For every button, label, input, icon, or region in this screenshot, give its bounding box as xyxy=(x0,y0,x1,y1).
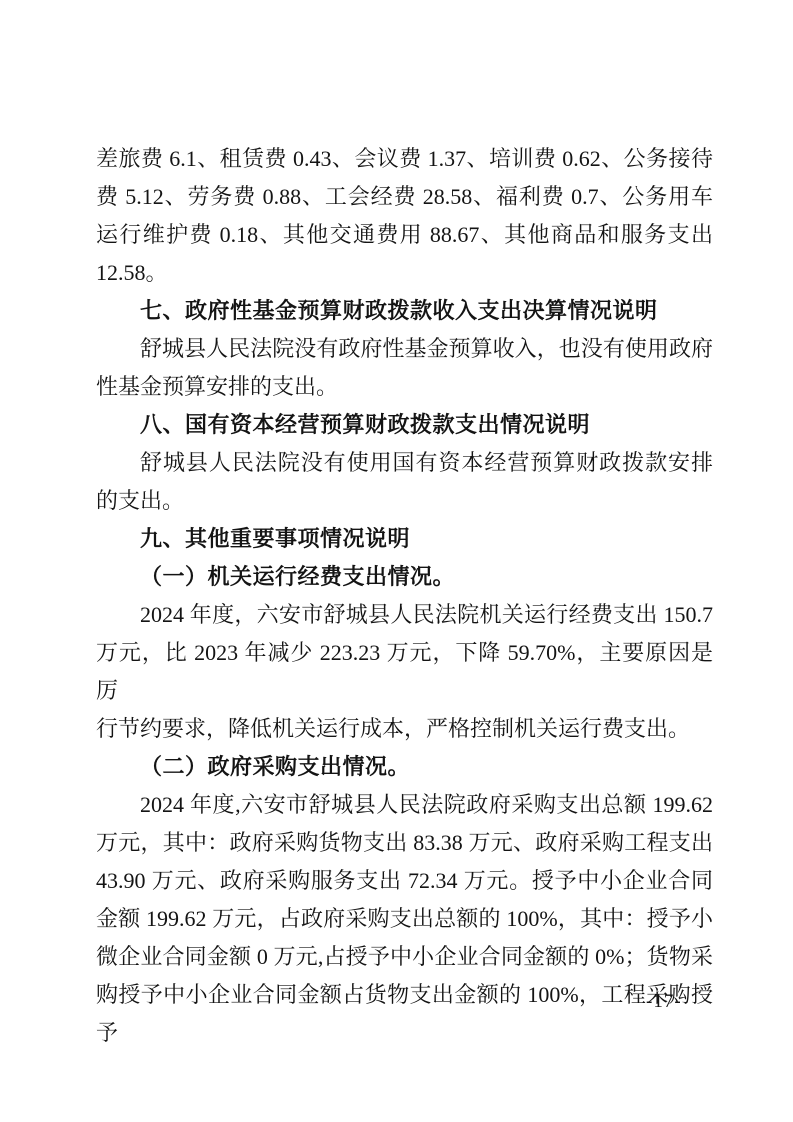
para-section-7-line-2: 性基金预算安排的支出。 xyxy=(96,368,713,406)
para-section-9-sub-2-line-6: 购授予中小企业合同金额占货物支出金额的 100%，工程采购授予 xyxy=(96,976,713,1052)
para-section-9-sub-2-line-4: 金额 199.62 万元，占政府采购支出总额的 100%，其中：授予小 xyxy=(96,900,713,938)
para-section-9-sub-1-line-3: 行节约要求，降低机关运行成本，严格控制机关运行费支出。 xyxy=(96,710,713,748)
para-expense-detail-continued-line-4: 12.58。 xyxy=(96,254,713,292)
page-number: -17- xyxy=(646,990,706,1014)
para-section-9-sub-2-line-2: 万元，其中：政府采购货物支出 83.38 万元、政府采购工程支出 xyxy=(96,824,713,862)
heading-section-7: 七、政府性基金预算财政拨款收入支出决算情况说明 xyxy=(96,292,713,330)
heading-section-9-sub-2: （二）政府采购支出情况。 xyxy=(96,748,713,786)
para-section-8-line-2: 的支出。 xyxy=(96,482,713,520)
para-expense-detail-continued-line-1: 差旅费 6.1、租赁费 0.43、会议费 1.37、培训费 0.62、公务接待 xyxy=(96,140,713,178)
para-section-9-sub-2-line-1: 2024 年度,六安市舒城县人民法院政府采购支出总额 199.62 xyxy=(96,786,713,824)
text-body: 差旅费 6.1、租赁费 0.43、会议费 1.37、培训费 0.62、公务接待费… xyxy=(96,140,713,1052)
para-section-7-line-1: 舒城县人民法院没有政府性基金预算收入，也没有使用政府 xyxy=(96,330,713,368)
para-section-9-sub-1-line-2: 万元，比 2023 年减少 223.23 万元，下降 59.70%，主要原因是厉 xyxy=(96,634,713,710)
para-expense-detail-continued-line-2: 费 5.12、劳务费 0.88、工会经费 28.58、福利费 0.7、公务用车 xyxy=(96,178,713,216)
para-expense-detail-continued-line-3: 运行维护费 0.18、其他交通费用 88.67、其他商品和服务支出 xyxy=(96,216,713,254)
heading-section-9-sub-1: （一）机关运行经费支出情况。 xyxy=(96,558,713,596)
para-section-9-sub-2-line-5: 微企业合同金额 0 万元,占授予中小企业合同金额的 0%；货物采 xyxy=(96,938,713,976)
para-section-9-sub-1-line-1: 2024 年度，六安市舒城县人民法院机关运行经费支出 150.7 xyxy=(96,596,713,634)
para-section-9-sub-2-line-3: 43.90 万元、政府采购服务支出 72.34 万元。授予中小企业合同 xyxy=(96,862,713,900)
heading-section-9: 九、其他重要事项情况说明 xyxy=(96,520,713,558)
document-page: 差旅费 6.1、租赁费 0.43、会议费 1.37、培训费 0.62、公务接待费… xyxy=(0,0,793,1122)
para-section-8-line-1: 舒城县人民法院没有使用国有资本经营预算财政拨款安排 xyxy=(96,444,713,482)
heading-section-8: 八、国有资本经营预算财政拨款支出情况说明 xyxy=(96,406,713,444)
